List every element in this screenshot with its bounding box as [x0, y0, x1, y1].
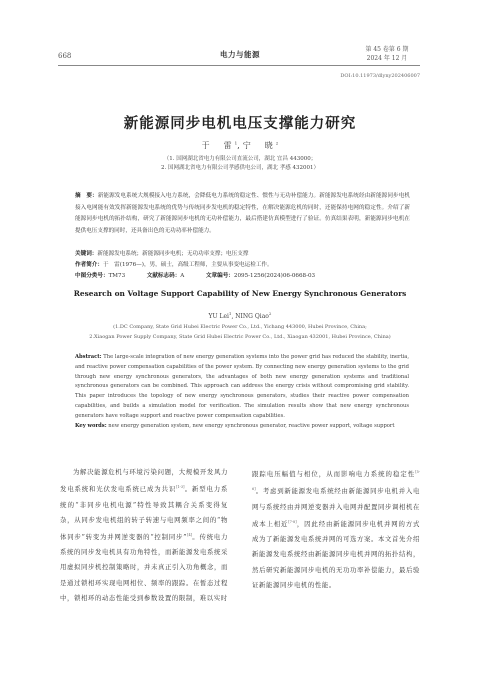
body-right-text-3: ，因此经由新能源同步电机并网的方式成为了新能源发电系统并网的可选方案。本文首先介…	[252, 520, 420, 589]
affiliation-1-en: (1.DC Company, State Grid Hubei Electric…	[0, 322, 480, 332]
abstract-cn-text: 新能源发电系统大规模接入电力系统，会降低电力系统的稳定性、惯性与无功补偿能力。新…	[75, 193, 410, 234]
body-right-text-1: 跟踪电压幅值与相位，从而影响电力系统的稳定性	[252, 470, 415, 478]
keywords-cn-label: 关键词：	[75, 251, 97, 257]
author-2-en-affil-mark: 2	[269, 311, 272, 316]
abstract-cn: 摘 要：新能源发电系统大规模接入电力系统，会降低电力系统的稳定性、惯性与无功补偿…	[75, 191, 410, 237]
article-no-label: 文章编号：	[206, 273, 234, 279]
clc-label: 中图分类号：	[75, 273, 109, 279]
keywords-en-label: Key words:	[75, 423, 107, 429]
affiliations-en: (1.DC Company, State Grid Hubei Electric…	[0, 322, 480, 342]
keywords-cn: 关键词：新能源发电系统；新能源同步电机；无功功率支撑；电压支撑	[75, 249, 415, 257]
doc-code-value: A	[180, 273, 184, 279]
affiliations-cn: （1. 国网湖北省电力有限公司直流公司，湖北 宜昌 443000； 2. 国网湖…	[0, 155, 480, 173]
header-divider	[58, 65, 420, 66]
author-bio-text: 于 雷(1976—)，男，硕士，高级工程师，主要从事变电运检工作。	[103, 262, 273, 268]
affiliation-2-cn: 2. 国网湖北省电力有限公司孝感供电公司，湖北 孝感 432001）	[0, 164, 480, 173]
keywords-en-text: new energy generation system, new energy…	[107, 423, 395, 429]
classification-line: 中图分类号：TM73 文献标志码：A 文章编号：2095-1256(2024)0…	[75, 271, 415, 279]
author-1-cn: 于 雷	[202, 141, 235, 150]
issue-date: 2024 年 12 月	[352, 54, 422, 63]
clc-value: TM73	[109, 273, 126, 279]
abstract-en-label: Abstract:	[75, 354, 102, 360]
affiliation-2-en: 2.Xiaogan Power Supply Company, State Gr…	[0, 332, 480, 342]
doc-code-label: 文献标志码：	[147, 273, 181, 279]
volume-issue: 第 45 卷第 6 期	[352, 45, 422, 54]
authors-cn: 于 雷1,宁 晓2	[0, 140, 480, 151]
author-2-cn: 宁 晓	[243, 141, 276, 150]
abstract-cn-label: 摘 要：	[75, 193, 98, 199]
body-left-text-3: 。传统电力系统的同步发电机具有功角特性，而新能源发电系统采用虚拟同步机控制策略时…	[60, 533, 228, 602]
abstract-en: Abstract: The large-scale integration of…	[75, 353, 409, 431]
author-1-en: YU Lei	[209, 313, 229, 320]
author-bio-label: 作者简介：	[75, 262, 103, 268]
author-2-affil-mark: 2	[276, 140, 279, 145]
issue-info: 第 45 卷第 6 期 2024 年 12 月	[352, 45, 422, 63]
authors-en: YU Lei1, NING Qiao2	[0, 311, 480, 320]
body-column-right: 跟踪电压幅值与相位，从而影响电力系统的稳定性[5-6]。考虑到新能源发电系统经由…	[252, 465, 420, 593]
doi: DOI:10.11973/dlyny202406007	[300, 73, 420, 79]
author-2-en: NING Qiao	[235, 313, 269, 320]
paper-title-en: Research on Voltage Support Capability o…	[0, 289, 480, 298]
abstract-en-text: The large-scale integration of new energ…	[75, 354, 409, 419]
paper-title-cn: 新能源同步电机电压支撑能力研究	[0, 112, 480, 133]
keywords-cn-text: 新能源发电系统；新能源同步电机；无功功率支撑；电压支撑	[97, 251, 248, 257]
affiliation-1-cn: （1. 国网湖北省电力有限公司直流公司，湖北 宜昌 443000；	[0, 155, 480, 164]
citation-7-8: [7-8]	[288, 520, 296, 524]
article-no-value: 2095-1256(2024)06-0668-03	[234, 273, 315, 279]
author-bio: 作者简介：于 雷(1976—)，男，硕士，高级工程师，主要从事变电运检工作。	[75, 260, 415, 268]
body-column-left: 为解决能源危机与环境污染问题，大规模开发风力发电系统和光伏发电系统已成为共识[1…	[60, 465, 228, 606]
